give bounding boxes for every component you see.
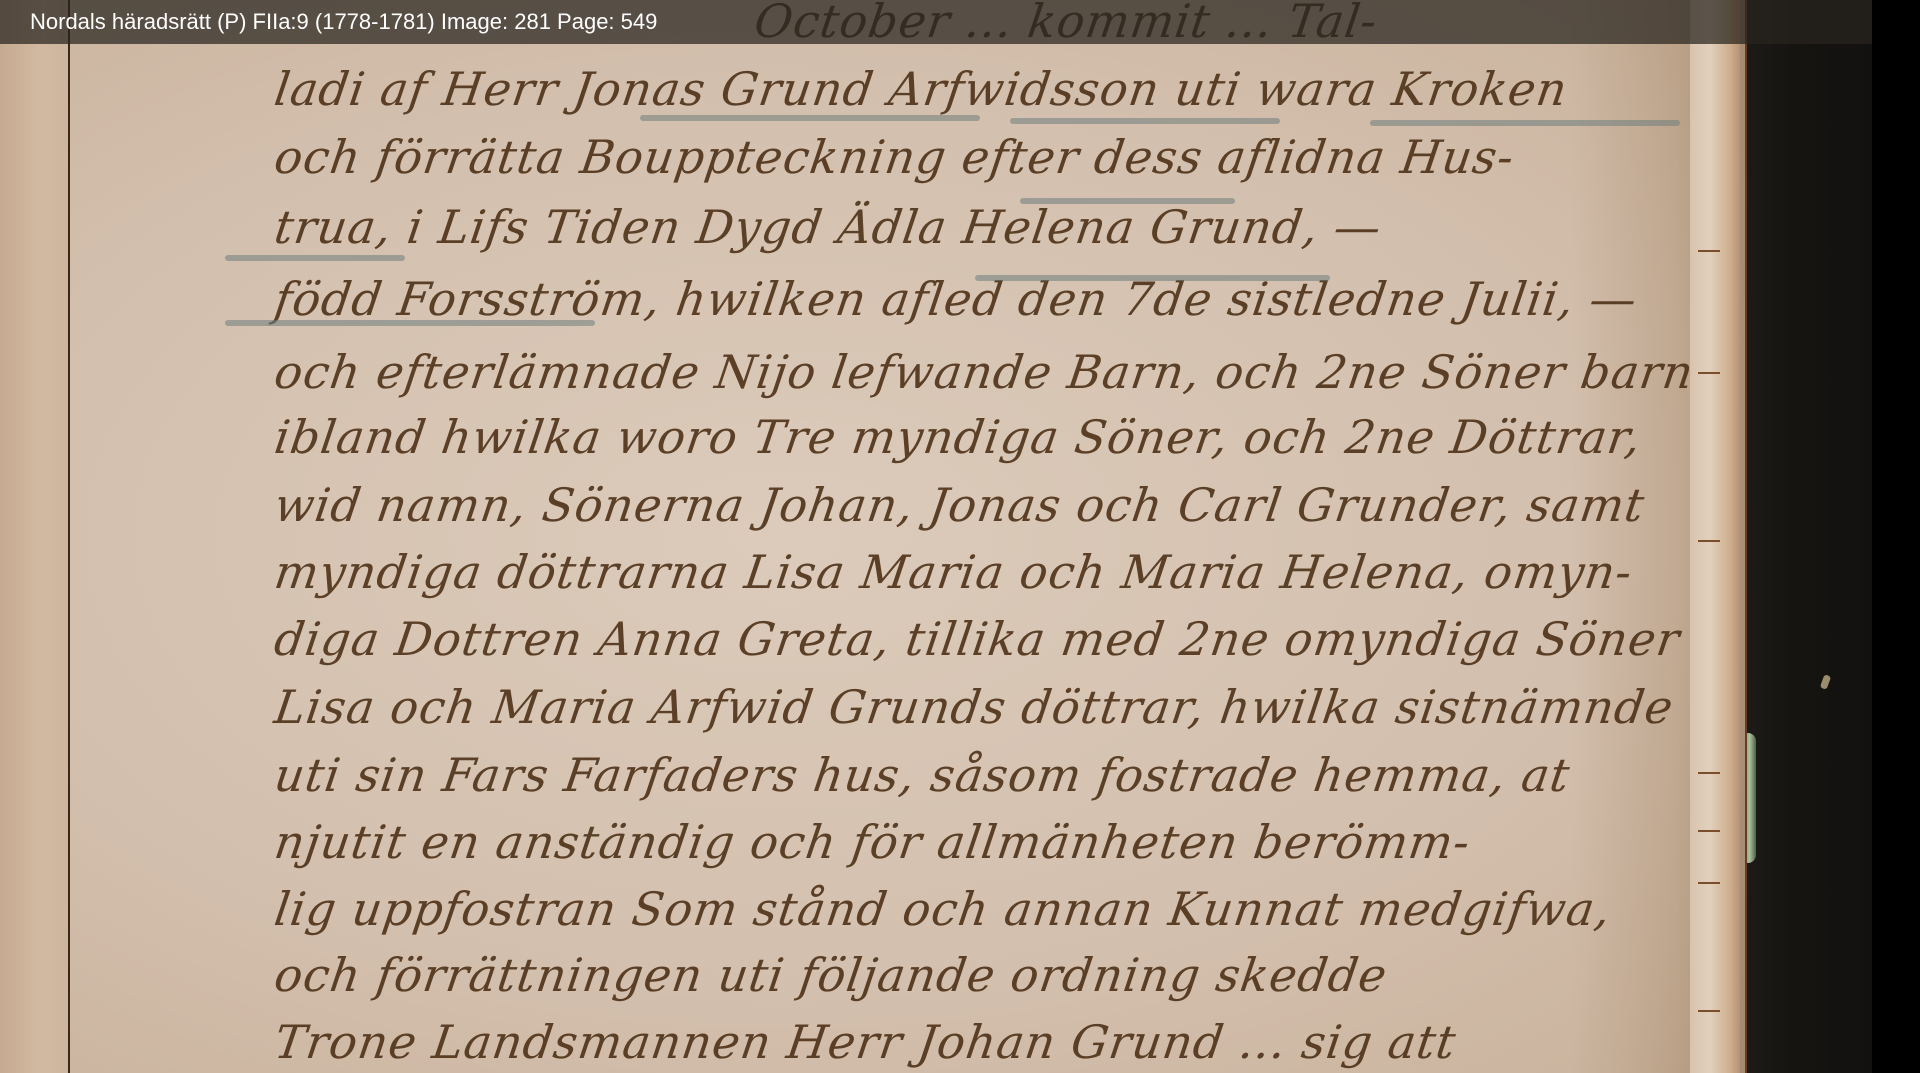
text-line: ladi af Herr Jonas Grund Arfwidsson uti … <box>271 62 1571 116</box>
text-line: uti sin Fars Farfaders hus, såsom fostra… <box>271 748 1573 802</box>
edge-mark <box>1698 372 1720 374</box>
book-cover <box>1740 0 1872 1073</box>
text-line: diga Dottren Anna Greta, tillika med 2ne… <box>271 612 1683 666</box>
text-line: Lisa och Maria Arfwid Grunds döttrar, hw… <box>271 680 1677 734</box>
pencil-underline <box>1020 198 1235 204</box>
text-line: och förrättningen uti följande ordning s… <box>271 948 1391 1002</box>
text-line: myndiga döttrarna Lisa Maria och Maria H… <box>271 545 1636 599</box>
cover-speck <box>1820 674 1831 690</box>
edge-mark <box>1698 830 1720 832</box>
pencil-underline <box>1010 118 1280 124</box>
edge-mark <box>1698 1010 1720 1012</box>
edge-mark <box>1698 772 1720 774</box>
image-title: Nordals häradsrätt (P) FIIa:9 (1778-1781… <box>30 9 657 35</box>
left-margin <box>0 0 70 1073</box>
margin-rule-line <box>68 0 70 1073</box>
pencil-underline <box>640 115 980 121</box>
image-title-bar: Nordals häradsrätt (P) FIIa:9 (1778-1781… <box>0 0 1872 44</box>
scanned-page[interactable]: October ... kommit ... Tal- ladi af Herr… <box>0 0 1747 1073</box>
text-line: ibland hwilka woro Tre myndiga Söner, oc… <box>271 410 1645 464</box>
text-line: och efterlämnade Nijo lefwande Barn, och… <box>271 345 1697 399</box>
pencil-underline <box>225 255 405 261</box>
text-line: född Forsström, hwilken afled den 7de si… <box>271 272 1641 326</box>
page-edge <box>1690 0 1740 1073</box>
text-line: Trone Landsmannen Herr Johan Grund ... s… <box>271 1015 1460 1069</box>
pencil-underline <box>1370 120 1680 126</box>
text-line: lig uppfostran Som stånd och annan Kunna… <box>271 882 1614 936</box>
text-line: och förrätta Bouppteckning efter dess af… <box>271 130 1518 184</box>
edge-mark <box>1698 540 1720 542</box>
text-line: wid namn, Sönerna Johan, Jonas och Carl … <box>271 478 1648 532</box>
image-viewer: October ... kommit ... Tal- ladi af Herr… <box>0 0 1920 1073</box>
pencil-underline <box>975 275 1330 281</box>
edge-mark <box>1698 250 1720 252</box>
text-line: njutit en anständig och för allmänheten … <box>271 815 1474 869</box>
pencil-underline <box>225 320 595 326</box>
edge-mark <box>1698 882 1720 884</box>
text-line: trua, i Lifs Tiden Dygd Ädla Helena Grun… <box>271 200 1385 254</box>
